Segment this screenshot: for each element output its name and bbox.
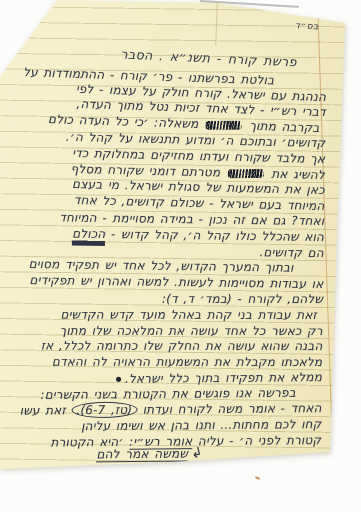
- handwritten-line: או עבודות מסויימות לעשות. למשה ואהרון יש…: [7, 272, 323, 292]
- scribbled-out-word: [206, 121, 242, 130]
- handwritten-line: ↲שמשה אמר להם: [5, 447, 203, 464]
- handwritten-line: הבנה שהוא עושה את החלק שלו כתרומה לכלל, …: [6, 339, 322, 355]
- notebook-paper: בס״ד פרשת קורח - תשנ״א . הסבר בולטת בפרש…: [0, 0, 361, 512]
- circled-verse-reference: (טז, 6-7).: [71, 402, 137, 419]
- insertion-arrow-icon: ↲: [189, 446, 204, 464]
- handwritten-line: זאת עבודת בני קהת באהל מועד קדש הקדשים: [7, 307, 317, 323]
- scanned-page-wrapper: בס״ד פרשת קורח - תשנ״א . הסבר בולטת בפרש…: [0, 0, 361, 512]
- manuscript-body: בולטת בפרשתנו - פר׳ קורח - ההתמודדות על …: [5, 70, 326, 464]
- handwritten-line: רק כאשר כל אחד עושה את המלאכה שלו מתוך: [7, 323, 323, 339]
- scribbled-out-word: [228, 168, 264, 177]
- double-underlined-word: הכולם: [72, 226, 105, 240]
- handwritten-line: שלהם, לקורח - (במד׳ ד, ד):: [7, 292, 323, 308]
- bsd-corner-note: בס״ד: [295, 21, 319, 32]
- handwritten-line: מלאכתו מקבלת את המשמעות הראויה לה והאדם: [6, 354, 322, 370]
- handwriting-layer: בס״ד פרשת קורח - תשנ״א . הסבר בולטת בפרש…: [1, 6, 353, 471]
- ink-blot-icon: [116, 377, 121, 382]
- page-title: פרשת קורח - תשנ״א . הסבר: [120, 46, 297, 69]
